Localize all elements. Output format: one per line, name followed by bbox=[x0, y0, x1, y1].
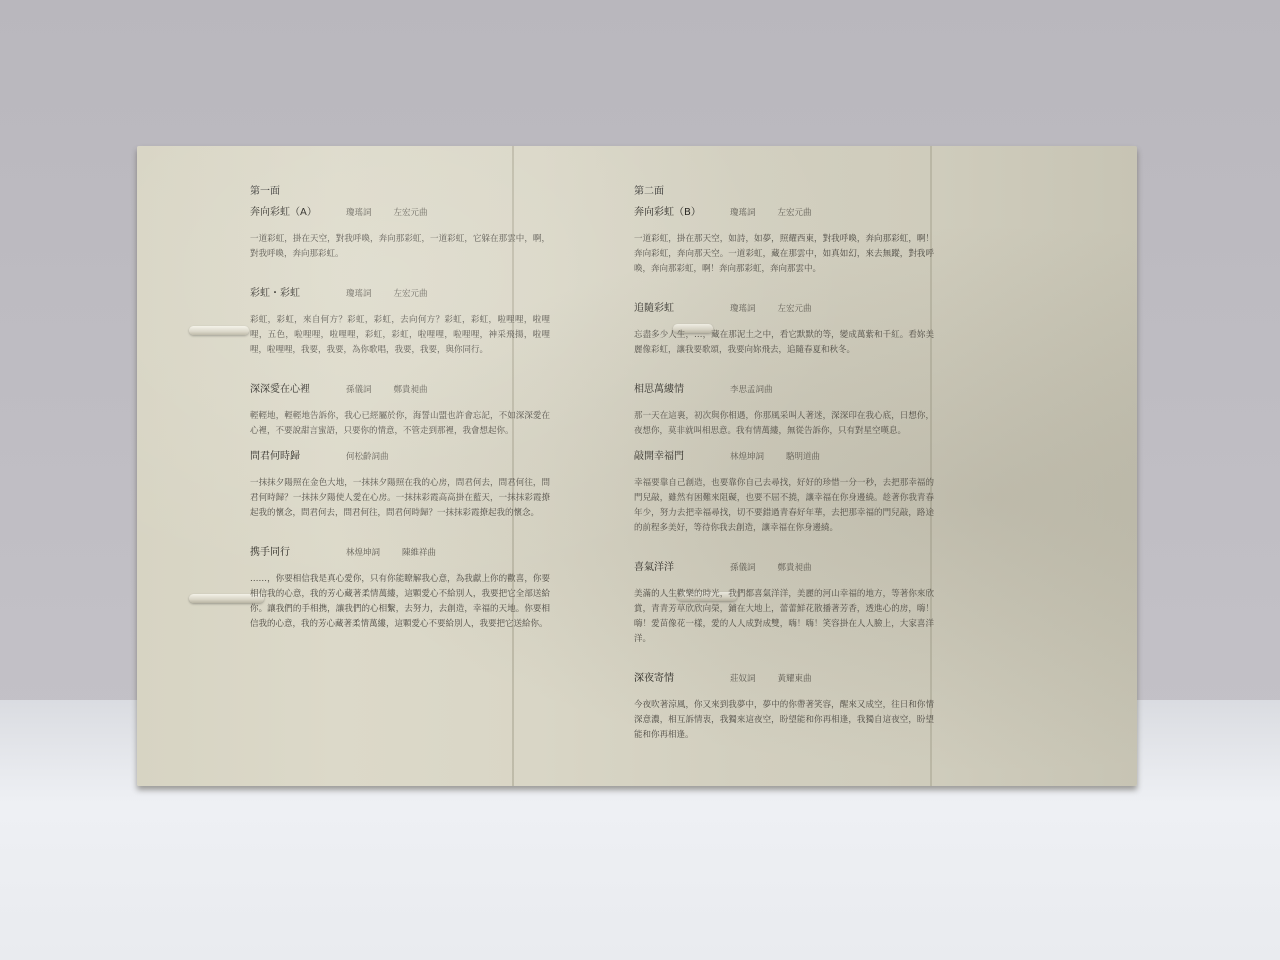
song-entry: 深夜寄情 莊奴詞 黃耀東曲 今夜吹著涼風，你又來到我夢中，夢中的你帶著笑容，醒來… bbox=[634, 669, 934, 743]
song-entry: 喜氣洋洋 孫儀詞 鄭貴昶曲 美滿的人生歡樂的時光，我們都喜氣洋洋，美麗的河山幸福… bbox=[634, 558, 934, 647]
song-lyrics: 那一天在這裏，初次與你相遇，你那風采叫人著迷，深深印在我心底，日想你，夜想你，莫… bbox=[634, 409, 934, 439]
composer-credit: 何松齡詞曲 bbox=[346, 450, 389, 462]
lyricist-credit: 瓊瑤詞 bbox=[346, 287, 372, 299]
song-lyrics: 一道彩虹，掛在天空，對我呼喚，奔向那彩虹，一道彩虹，它躲在那雲中，啊，對我呼喚，… bbox=[250, 232, 550, 262]
side-a-panel: 第一面 奔向彩虹（A） 瓊瑤詞 左宏元曲 一道彩虹，掛在天空，對我呼喚，奔向那彩… bbox=[250, 182, 550, 654]
song-lyrics: 一抹抹夕陽照在金色大地，一抹抹夕陽照在我的心房，問君何去，問君何往，問君何時歸？… bbox=[250, 476, 550, 521]
song-title: 奔向彩虹（A） bbox=[250, 203, 346, 218]
song-entry: 深深愛在心裡 孫儀詞 鄭貴昶曲 輕輕地，輕輕地告訴你，我心已經屬於你，海誓山盟也… bbox=[250, 380, 550, 439]
song-title: 敲開幸福門 bbox=[634, 447, 730, 462]
song-title: 喜氣洋洋 bbox=[634, 558, 730, 573]
song-title: 彩虹・彩虹 bbox=[250, 284, 346, 299]
side-a-label: 第一面 bbox=[250, 182, 550, 197]
composer-credit: 左宏元曲 bbox=[778, 302, 812, 314]
song-entry: 相思萬縷情 李思孟詞曲 那一天在這裏，初次與你相遇，你那風采叫人著迷，深深印在我… bbox=[634, 380, 934, 439]
composer-credit: 左宏元曲 bbox=[778, 206, 812, 218]
song-lyrics: 忘盡多少人生，…，藏在那泥土之中，看它默默的等，變成萬紫和千紅。看妳美麗像彩虹，… bbox=[634, 328, 934, 358]
song-lyrics: 幸福要靠自己創造，也要靠你自己去尋找，好好的珍惜一分一秒，去把那幸福的門兒敲，雖… bbox=[634, 476, 934, 536]
song-title: 問君何時歸 bbox=[250, 447, 346, 462]
song-title: 追隨彩虹 bbox=[634, 299, 730, 314]
composer-credit: 左宏元曲 bbox=[394, 206, 428, 218]
song-entry: 携手同行 林煌坤詞 陳維祥曲 ……，你要相信我是真心愛你，只有你能瞭解我心意，為… bbox=[250, 543, 550, 632]
side-b-label: 第二面 bbox=[634, 182, 934, 197]
song-lyrics: 彩虹，彩虹，來自何方？彩虹，彩虹，去向何方？彩虹，彩虹，啦哩哩，啦哩哩，五色，啦… bbox=[250, 313, 550, 358]
paper-crease bbox=[189, 326, 249, 335]
lyricist-credit: 林煌坤詞 bbox=[346, 546, 380, 558]
song-entry: 敲開幸福門 林煌坤詞 駱明道曲 幸福要靠自己創造，也要靠你自己去尋找，好好的珍惜… bbox=[634, 447, 934, 536]
song-lyrics: 今夜吹著涼風，你又來到我夢中，夢中的你帶著笑容，醒來又成空，往日和你情深意濃，相… bbox=[634, 698, 934, 743]
composer-credit: 陳維祥曲 bbox=[402, 546, 436, 558]
lyricist-credit: 孫儀詞 bbox=[730, 561, 756, 573]
song-title: 深夜寄情 bbox=[634, 669, 730, 684]
song-entry: 問君何時歸 何松齡詞曲 一抹抹夕陽照在金色大地，一抹抹夕陽照在我的心房，問君何去… bbox=[250, 447, 550, 521]
lyricist-credit: 瓊瑤詞 bbox=[730, 206, 756, 218]
song-lyrics: 美滿的人生歡樂的時光，我們都喜氣洋洋，美麗的河山幸福的地方，等著你來欣賞，青青芳… bbox=[634, 587, 934, 647]
lyricist-credit: 瓊瑤詞 bbox=[346, 206, 372, 218]
song-entry: 奔向彩虹（A） 瓊瑤詞 左宏元曲 一道彩虹，掛在天空，對我呼喚，奔向那彩虹，一道… bbox=[250, 203, 550, 262]
song-lyrics: ……，你要相信我是真心愛你，只有你能瞭解我心意，為我獻上你的歡喜，你要相信我的心… bbox=[250, 572, 550, 632]
lyricist-credit: 林煌坤詞 bbox=[730, 450, 764, 462]
composer-credit: 鄭貴昶曲 bbox=[394, 383, 428, 395]
cassette-lyric-insert: 第一面 奔向彩虹（A） 瓊瑤詞 左宏元曲 一道彩虹，掛在天空，對我呼喚，奔向那彩… bbox=[137, 146, 1137, 786]
side-b-panel: 第二面 奔向彩虹（B） 瓊瑤詞 左宏元曲 一道彩虹，掛在那天空，如詩，如夢，照耀… bbox=[634, 182, 934, 765]
song-title: 携手同行 bbox=[250, 543, 346, 558]
song-entry: 追隨彩虹 瓊瑤詞 左宏元曲 忘盡多少人生，…，藏在那泥土之中，看它默默的等，變成… bbox=[634, 299, 934, 358]
composer-credit: 鄭貴昶曲 bbox=[778, 561, 812, 573]
song-title: 相思萬縷情 bbox=[634, 380, 730, 395]
song-entry: 奔向彩虹（B） 瓊瑤詞 左宏元曲 一道彩虹，掛在那天空，如詩，如夢，照耀西東，對… bbox=[634, 203, 934, 277]
composer-credit: 黃耀東曲 bbox=[778, 672, 812, 684]
lyricist-credit: 孫儀詞 bbox=[346, 383, 372, 395]
lyricist-credit: 瓊瑤詞 bbox=[730, 302, 756, 314]
song-entry: 彩虹・彩虹 瓊瑤詞 左宏元曲 彩虹，彩虹，來自何方？彩虹，彩虹，去向何方？彩虹，… bbox=[250, 284, 550, 358]
song-title: 深深愛在心裡 bbox=[250, 380, 346, 395]
lyricist-credit: 莊奴詞 bbox=[730, 672, 756, 684]
song-title: 奔向彩虹（B） bbox=[634, 203, 730, 218]
composer-credit: 左宏元曲 bbox=[394, 287, 428, 299]
song-lyrics: 一道彩虹，掛在那天空，如詩，如夢，照耀西東，對我呼喚，奔向那彩虹，啊！奔向彩虹，… bbox=[634, 232, 934, 277]
song-lyrics: 輕輕地，輕輕地告訴你，我心已經屬於你，海誓山盟也許會忘記，不如深深愛在心裡，不要… bbox=[250, 409, 550, 439]
composer-credit: 駱明道曲 bbox=[786, 450, 820, 462]
composer-credit: 李思孟詞曲 bbox=[730, 383, 773, 395]
